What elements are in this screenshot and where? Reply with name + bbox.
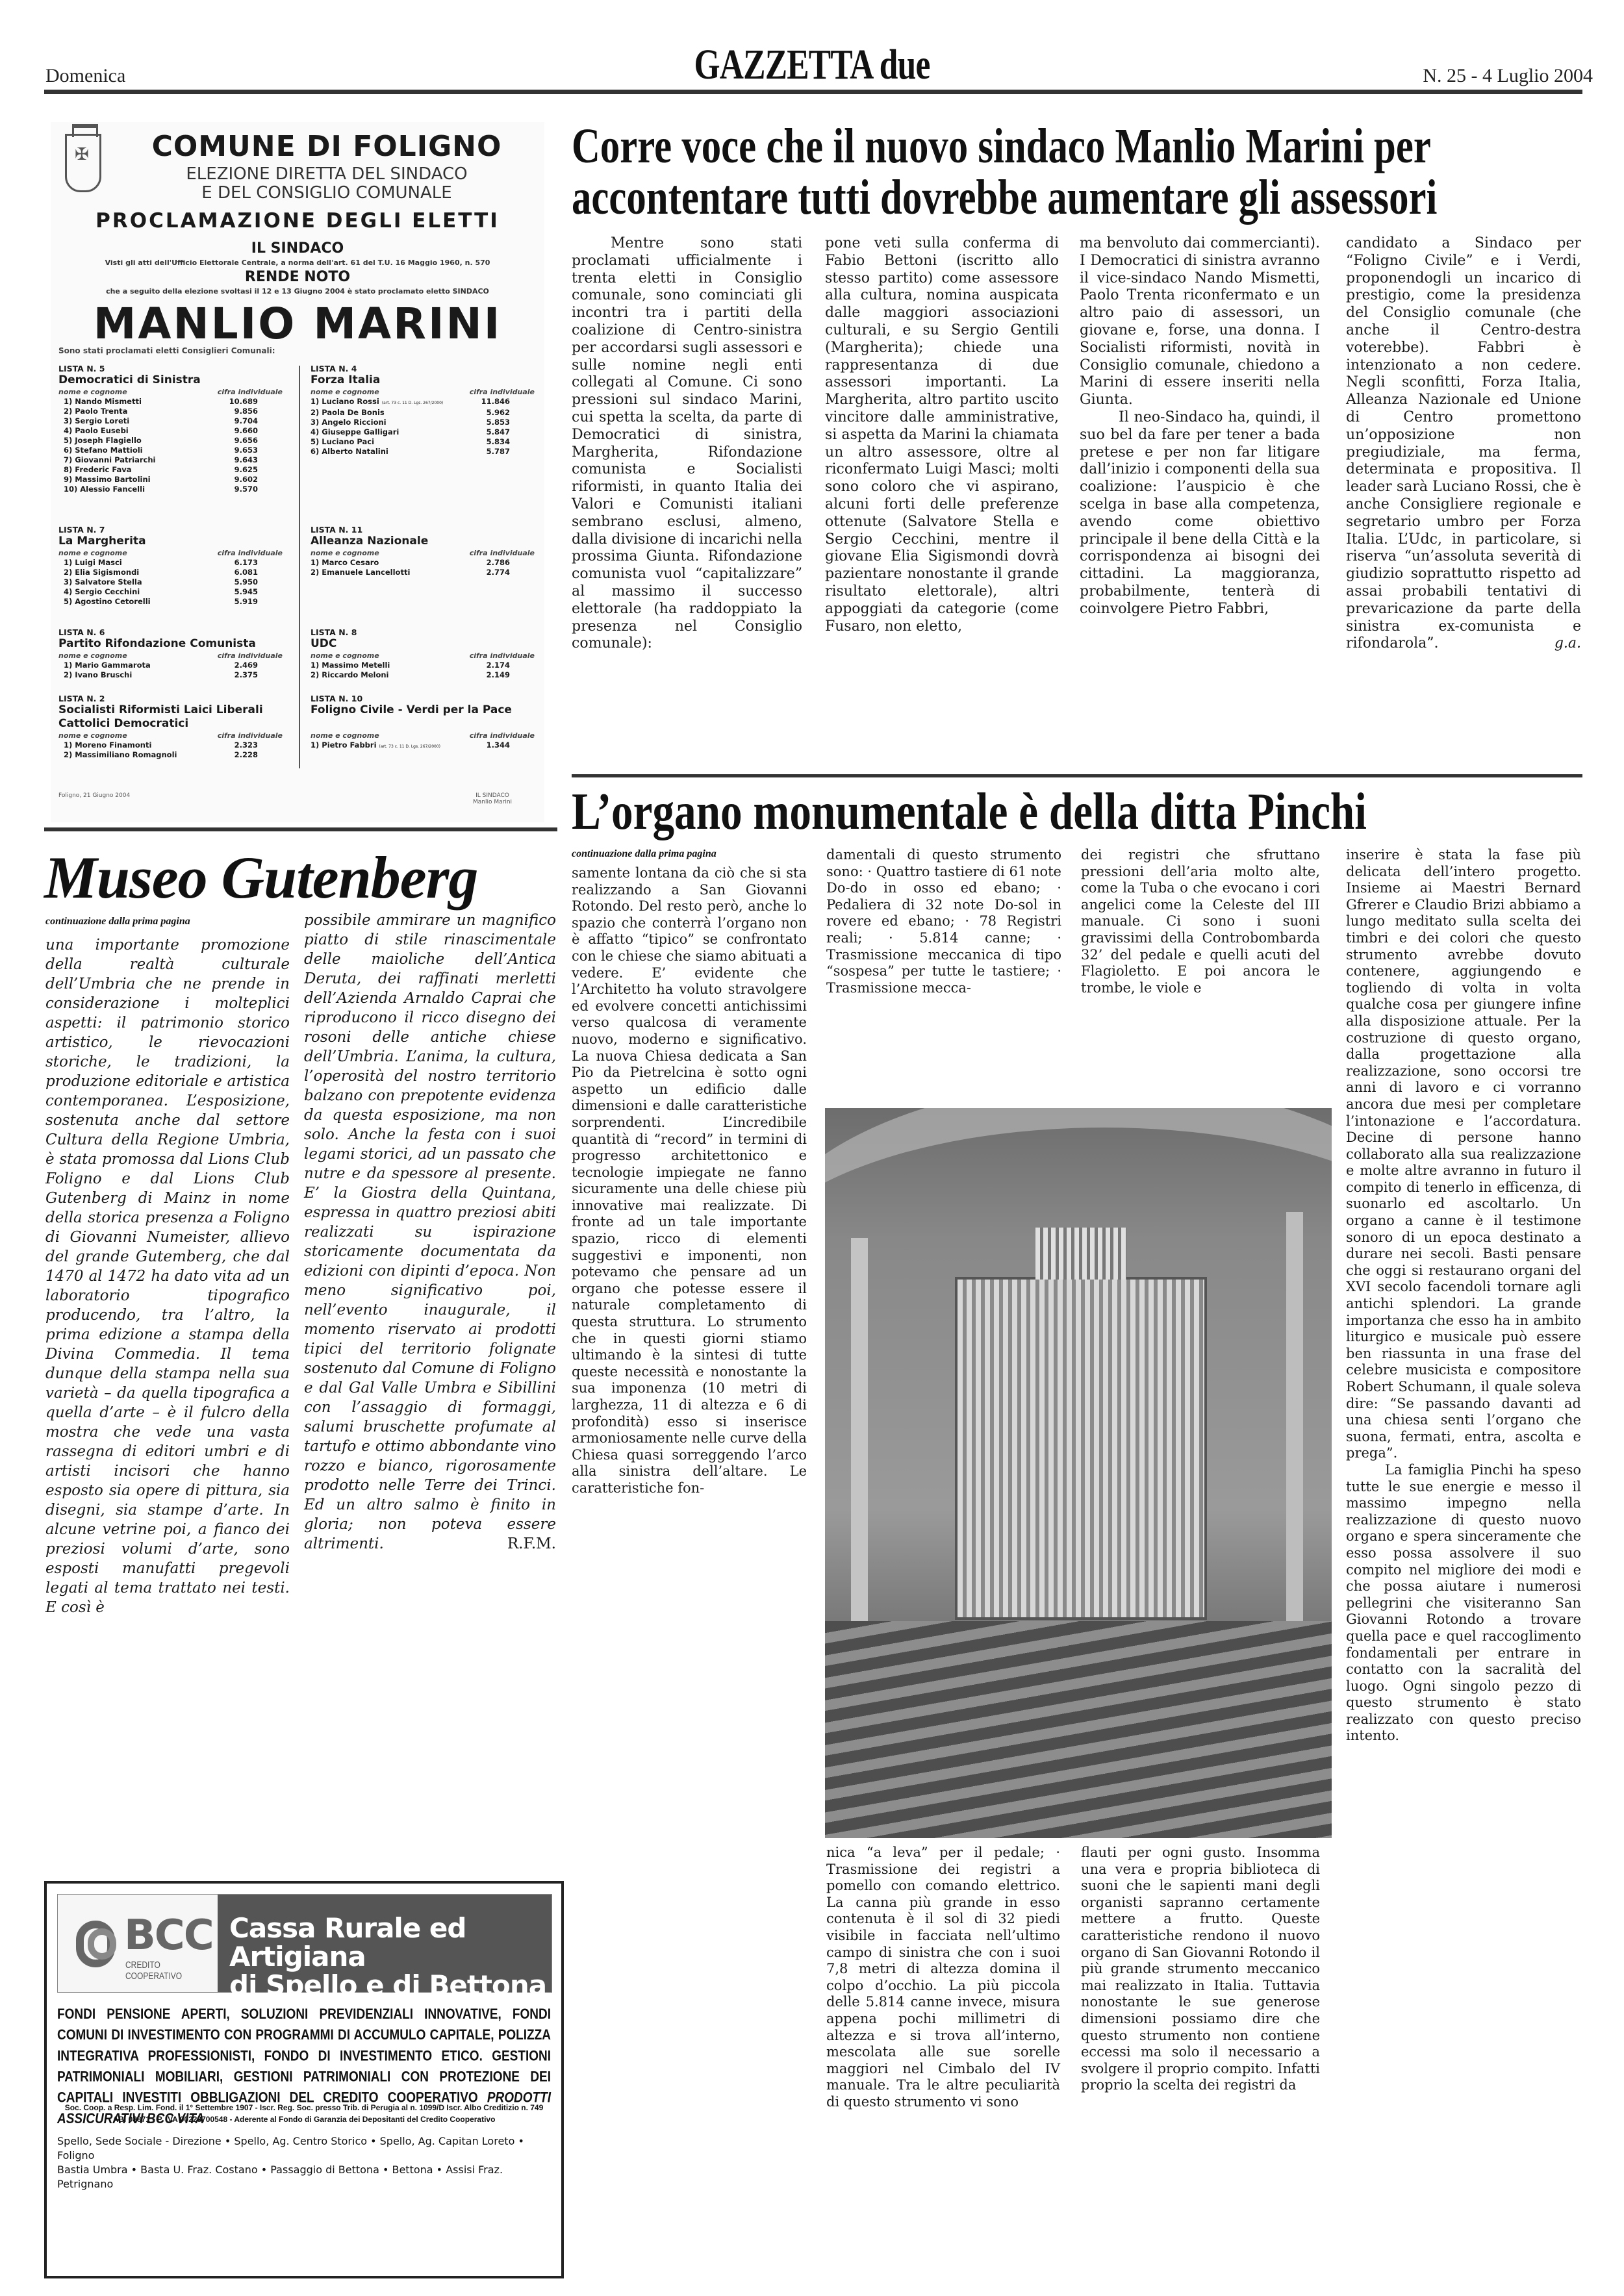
member-votes: 5.834: [487, 437, 510, 447]
organo-column-2-top: damentali di questo strumento sono: · Qu…: [826, 847, 1061, 996]
notice-subtitle-1: ELEZIONE DIRETTA DEL SINDACO: [116, 165, 538, 184]
museo-column-2: possibile ammirare un magnifico piatto d…: [304, 911, 556, 1554]
col-name: nome e cognome: [58, 651, 127, 661]
paragraph: flauti per ogni gusto. Insomma una vera …: [1081, 1845, 1320, 2094]
member-votes: 9.704: [235, 416, 258, 426]
member-votes: 9.602: [235, 475, 258, 485]
headline-museo-gutenberg: Museo Gutenberg: [44, 843, 477, 912]
member-votes: 5.853: [487, 418, 510, 427]
member-name: 1) Mario Gammarota: [64, 661, 151, 670]
branches-line-1: Spello, Sede Sociale - Direzione • Spell…: [57, 2134, 551, 2163]
issue-date: N. 25 - 4 Luglio 2004: [1423, 65, 1593, 87]
list-number: LISTA N. 2: [58, 694, 283, 703]
organ-photo: [825, 1108, 1332, 1838]
paragraph: ma benvoluto dai commercianti). I Democr…: [1080, 235, 1320, 409]
col-votes: cifra individuale: [218, 731, 283, 740]
member-votes: 9.856: [235, 407, 258, 416]
member-note: (art. 73 c. 11 D. Lgs. 267/2000): [382, 401, 443, 405]
notice-rende-noto: RENDE NOTO: [51, 269, 544, 285]
headline-assessori: Corre voce che il nuovo sindaco Manlio M…: [572, 121, 1403, 223]
member-votes: 5.962: [487, 408, 510, 418]
list-number: LISTA N. 6: [58, 627, 283, 637]
organo-column-3-top: dei registri che sfruttano pressioni del…: [1081, 847, 1320, 996]
member-name: 4) Sergio Cecchini: [64, 587, 140, 597]
notice-place-date: Foligno, 21 Giugno 2004: [58, 792, 130, 799]
signature-title: IL SINDACO: [473, 792, 512, 799]
member-note: (art. 73 c. 11 D. Lgs. 267/2000): [379, 744, 440, 749]
member-votes: 9.660: [235, 426, 258, 436]
list-header: nome e cognomecifra individuale: [311, 731, 535, 740]
member-row: 3) Salvatore Stella5.950: [58, 577, 283, 587]
member-row: 7) Giovanni Patriarchi9.643: [58, 455, 283, 465]
list-number: LISTA N. 4: [311, 364, 535, 373]
headline-line-2: accontentare tutti dovrebbe aumentare gl…: [572, 172, 1403, 223]
member-row: 2) Paola De Bonis5.962: [311, 408, 535, 418]
col-name: nome e cognome: [311, 387, 379, 397]
member-name: 3) Sergio Loreti: [64, 416, 129, 426]
party-name: Alleanza Nazionale: [311, 535, 535, 548]
paragraph: La famiglia Pinchi ha speso tutte le sue…: [1346, 1462, 1581, 1745]
member-votes: 5.919: [235, 597, 258, 607]
pillar: [1286, 1212, 1303, 1628]
member-name: 1) Pietro Fabbri: [311, 740, 377, 750]
list-8: LISTA N. 8 UDC nome e cognomecifra indiv…: [311, 627, 535, 680]
member-votes: 10.689: [229, 397, 258, 407]
col-name: nome e cognome: [58, 731, 127, 740]
member-votes: 1.344: [487, 740, 510, 751]
col-votes: cifra individuale: [470, 651, 535, 661]
member-votes: 2.149: [487, 670, 510, 680]
member-row: 5) Luciano Paci5.834: [311, 437, 535, 447]
member-votes: 5.847: [487, 427, 510, 437]
notice-visti: Visti gli atti dell'Ufficio Elettorale C…: [51, 259, 544, 267]
party-name: Democratici di Sinistra: [58, 373, 283, 387]
member-votes: 9.643: [235, 455, 258, 465]
col-name: nome e cognome: [311, 548, 379, 558]
member-name: 10) Alessio Fancelli: [64, 485, 145, 494]
list-2: LISTA N. 2 Socialisti Riformisti Laici L…: [58, 694, 283, 760]
notice-signature: IL SINDACO Manlio Marini: [473, 792, 512, 805]
member-row: 1) Nando Mismetti10.689: [58, 397, 283, 407]
notice-subtitle: ELEZIONE DIRETTA DEL SINDACO E DEL CONSI…: [116, 165, 538, 203]
continuation-label: continuazione dalla prima pagina: [45, 916, 190, 927]
list-number: LISTA N. 5: [58, 364, 283, 373]
member-name: 3) Angelo Riccioni: [311, 418, 387, 427]
notice-il-sindaco: IL SINDACO: [51, 240, 544, 257]
member-name: 2) Massimiliano Romagnoli: [64, 750, 177, 760]
services-text: FONDI PENSIONE APERTI, SOLUZIONI PREVIDE…: [57, 2006, 551, 2106]
member-row: 1) Marco Cesaro2.786: [311, 558, 535, 568]
member-name: 2) Riccardo Meloni: [311, 670, 388, 680]
party-name: Foligno Civile - Verdi per la Pace: [311, 703, 535, 717]
pipe-organ: [955, 1277, 1207, 1620]
paragraph: possibile ammirare un magnifico piatto d…: [304, 912, 556, 1552]
notice-seguito: che a seguito della elezione svoltasi il…: [51, 287, 544, 296]
paragraph: pone veti sulla conferma di Fabio Betton…: [825, 235, 1059, 635]
member-row: 3) Sergio Loreti9.704: [58, 416, 283, 426]
col-name: nome e cognome: [311, 731, 379, 740]
member-name: 4) Giuseppe Galligari: [311, 427, 399, 437]
member-row: 1) Luciano Rossi(art. 73 c. 11 D. Lgs. 2…: [311, 397, 535, 408]
bank-name-line-1: Cassa Rurale ed Artigiana: [229, 1914, 552, 1971]
party-name: Forza Italia: [311, 373, 535, 387]
member-row: 4) Giuseppe Galligari5.847: [311, 427, 535, 437]
member-votes: 2.774: [487, 568, 510, 577]
member-row: 10) Alessio Fancelli9.570: [58, 485, 283, 494]
member-name: 2) Elia Sigismondi: [64, 568, 139, 577]
member-votes: 11.846: [481, 397, 510, 408]
member-name: 6) Alberto Natalini: [311, 447, 388, 457]
ad-branches: Spello, Sede Sociale - Direzione • Spell…: [57, 2134, 551, 2191]
member-votes: 2.323: [235, 740, 258, 750]
list-number: LISTA N. 11: [311, 525, 535, 535]
member-row: 2) Elia Sigismondi6.081: [58, 568, 283, 577]
list-header: nome e cognomecifra individuale: [58, 548, 283, 558]
notice-mayor-name: MANLIO MARINI: [51, 299, 544, 349]
member-row: 4) Sergio Cecchini5.945: [58, 587, 283, 597]
bcc-logo: BCC CREDITO COOPERATIVO: [58, 1895, 218, 1992]
list-header: nome e cognomecifra individuale: [58, 387, 283, 397]
member-votes: 2.469: [235, 661, 258, 670]
list-10: LISTA N. 10 Foligno Civile - Verdi per l…: [311, 694, 535, 751]
assessori-column-3: ma benvoluto dai commercianti). I Democr…: [1080, 235, 1320, 618]
member-row: 3) Angelo Riccioni5.853: [311, 418, 535, 427]
bank-name: Cassa Rurale ed Artigiana di Spello e di…: [218, 1895, 552, 1992]
pillar: [851, 1238, 868, 1628]
member-row: 2) Massimiliano Romagnoli2.228: [58, 750, 283, 760]
paragraph: samente lontana da ciò che si sta realiz…: [572, 865, 807, 1497]
section-divider: [572, 774, 1582, 777]
signature-name: Manlio Marini: [473, 799, 512, 805]
newspaper-title: GAZZETTA due: [179, 40, 1445, 90]
member-row: 1) Massimo Metelli2.174: [311, 661, 535, 670]
member-votes: 9.656: [235, 436, 258, 446]
author-initials: g.a.: [1554, 635, 1581, 653]
member-votes: 6.081: [235, 568, 258, 577]
branches-line-2: Bastia Umbra • Basta U. Fraz. Costano • …: [57, 2163, 551, 2191]
member-row: 2) Riccardo Meloni2.149: [311, 670, 535, 680]
list-number: LISTA N. 10: [311, 694, 535, 703]
col-votes: cifra individuale: [470, 387, 535, 397]
list-header: nome e cognomecifra individuale: [311, 387, 535, 397]
member-name: 1) Massimo Metelli: [311, 661, 390, 670]
section-divider: [44, 827, 557, 831]
member-name: 2) Paola De Bonis: [311, 408, 385, 418]
ad-legal: Soc. Coop. a Resp. Lim. Fond. il 1° Sett…: [57, 2102, 551, 2125]
continuation-label: continuazione dalla prima pagina: [572, 848, 717, 860]
bcc-logo-icon-inner: [88, 1928, 116, 1960]
foligno-crest-icon: [65, 134, 101, 192]
notice-proclamation: PROCLAMAZIONE DEGLI ELETTI: [51, 209, 544, 233]
member-name: 2) Paolo Trenta: [64, 407, 127, 416]
masthead-rule: [44, 90, 1582, 94]
party-name: La Margherita: [58, 535, 283, 548]
church-pews: [825, 1621, 1332, 1838]
col-name: nome e cognome: [58, 387, 127, 397]
list-header: nome e cognomecifra individuale: [311, 548, 535, 558]
member-name: 1) Moreno Finamonti: [64, 740, 151, 750]
member-votes: 2.786: [487, 558, 510, 568]
list-header: nome e cognomecifra individuale: [58, 731, 283, 740]
list-number: LISTA N. 8: [311, 627, 535, 637]
masthead-day: Domenica: [45, 65, 125, 87]
member-name: 2) Ivano Bruschi: [64, 670, 132, 680]
member-row: 2) Paolo Trenta9.856: [58, 407, 283, 416]
member-row: 9) Massimo Bartolini9.602: [58, 475, 283, 485]
member-row: 1) Pietro Fabbri(art. 73 c. 11 D. Lgs. 2…: [311, 740, 535, 751]
member-name: 1) Luigi Masci: [64, 558, 122, 568]
member-votes: 5.945: [235, 587, 258, 597]
col-votes: cifra individuale: [470, 731, 535, 740]
paragraph: Il neo-Sindaco ha, quindi, il suo bel da…: [1080, 409, 1320, 618]
bcc-subtitle: CREDITO COOPERATIVO: [125, 1960, 199, 1982]
party-name: Socialisti Riformisti Laici Liberali Cat…: [58, 703, 283, 731]
ad-banner: BCC CREDITO COOPERATIVO Cassa Rurale ed …: [57, 1894, 552, 1993]
notice-divider: [299, 366, 300, 768]
member-votes: 9.570: [235, 485, 258, 494]
member-name: 7) Giovanni Patriarchi: [64, 455, 156, 465]
member-votes: 9.653: [235, 446, 258, 455]
member-row: 1) Mario Gammarota2.469: [58, 661, 283, 670]
list-6: LISTA N. 6 Partito Rifondazione Comunist…: [58, 627, 283, 680]
member-row: 5) Joseph Flagiello9.656: [58, 436, 283, 446]
list-4: LISTA N. 4 Forza Italia nome e cognomeci…: [311, 364, 535, 457]
headline-organo: L’organo monumentale è della ditta Pinch…: [572, 786, 1499, 838]
member-name: 3) Salvatore Stella: [64, 577, 142, 587]
member-row: 1) Luigi Masci6.173: [58, 558, 283, 568]
member-row: 8) Frederic Fava9.625: [58, 465, 283, 475]
party-name: UDC: [311, 637, 535, 651]
list-number: LISTA N. 7: [58, 525, 283, 535]
organo-column-3-bottom: flauti per ogni gusto. Insomma una vera …: [1081, 1845, 1320, 2094]
col-name: nome e cognome: [311, 651, 379, 661]
member-name: 2) Emanuele Lancellotti: [311, 568, 410, 577]
paragraph: nica “a leva” per il pedale; · Trasmissi…: [826, 1845, 1060, 2111]
member-name: 5) Agostino Cetorelli: [64, 597, 151, 607]
legal-line-2: ABI 08871 - P. IVA 00228700548 - Aderent…: [57, 2113, 551, 2125]
notice-comune: COMUNE DI FOLIGNO: [116, 130, 538, 163]
member-name: 6) Stefano Mattioli: [64, 446, 143, 455]
member-row: 5) Agostino Cetorelli5.919: [58, 597, 283, 607]
paragraph: inserire è stata la fase più delicata de…: [1346, 847, 1581, 1462]
notice-subtitle-2: E DEL CONSIGLIO COMUNALE: [116, 184, 538, 203]
member-votes: 5.950: [235, 577, 258, 587]
member-votes: 5.787: [487, 447, 510, 457]
member-name: 1) Luciano Rossi: [311, 397, 379, 406]
list-7: LISTA N. 7 La Margherita nome e cognomec…: [58, 525, 283, 607]
member-row: 4) Paolo Eusebi9.660: [58, 426, 283, 436]
member-row: 6) Stefano Mattioli9.653: [58, 446, 283, 455]
notice-intro: Sono stati proclamati eletti Consiglieri…: [58, 346, 275, 355]
list-5: LISTA N. 5 Democratici di Sinistra nome …: [58, 364, 283, 494]
col-votes: cifra individuale: [218, 651, 283, 661]
member-row: 1) Moreno Finamonti2.323: [58, 740, 283, 750]
paragraph: una importante promozione della realtà c…: [45, 935, 290, 1617]
legal-line-1: Soc. Coop. a Resp. Lim. Fond. il 1° Sett…: [57, 2102, 551, 2113]
col-name: nome e cognome: [58, 548, 127, 558]
author-initials: R.F.M.: [507, 1534, 556, 1554]
paragraph: Mentre sono stati proclamati ufficialmen…: [572, 235, 802, 653]
organo-column-4: inserire è stata la fase più delicata de…: [1346, 847, 1581, 1745]
list-header: nome e cognomecifra individuale: [58, 651, 283, 661]
paragraph: damentali di questo strumento sono: · Qu…: [826, 847, 1061, 996]
col-votes: cifra individuale: [218, 548, 283, 558]
member-row: 2) Emanuele Lancellotti2.774: [311, 568, 535, 577]
assessori-column-1: Mentre sono stati proclamati ufficialmen…: [572, 235, 802, 653]
member-row: 2) Ivano Bruschi2.375: [58, 670, 283, 680]
member-votes: 2.375: [235, 670, 258, 680]
member-name: 5) Luciano Paci: [311, 437, 374, 447]
member-votes: 6.173: [235, 558, 258, 568]
member-votes: 2.174: [487, 661, 510, 670]
party-name: Partito Rifondazione Comunista: [58, 637, 283, 651]
organo-column-1: samente lontana da ciò che si sta realiz…: [572, 865, 807, 1497]
paragraph: dei registri che sfruttano pressioni del…: [1081, 847, 1320, 996]
headline-line-1: Corre voce che il nuovo sindaco Manlio M…: [572, 121, 1403, 172]
col-votes: cifra individuale: [218, 387, 283, 397]
election-notice: COMUNE DI FOLIGNO ELEZIONE DIRETTA DEL S…: [51, 122, 544, 822]
member-name: 9) Massimo Bartolini: [64, 475, 151, 485]
paragraph: candidato a Sindaco per “Foligno Civile”…: [1346, 235, 1581, 651]
member-votes: 2.228: [235, 750, 258, 760]
member-row: 6) Alberto Natalini5.787: [311, 447, 535, 457]
assessori-column-2: pone veti sulla conferma di Fabio Betton…: [825, 235, 1059, 635]
organo-column-2-bottom: nica “a leva” per il pedale; · Trasmissi…: [826, 1845, 1060, 2111]
assessori-column-4: candidato a Sindaco per “Foligno Civile”…: [1346, 235, 1581, 653]
list-header: nome e cognomecifra individuale: [311, 651, 535, 661]
member-name: 8) Frederic Fava: [64, 465, 132, 475]
member-votes: 9.625: [235, 465, 258, 475]
member-name: 4) Paolo Eusebi: [64, 426, 129, 436]
member-name: 5) Joseph Flagiello: [64, 436, 142, 446]
list-11: LISTA N. 11 Alleanza Nazionale nome e co…: [311, 525, 535, 577]
col-votes: cifra individuale: [470, 548, 535, 558]
bank-name-line-2: di Spello e di Bettona: [229, 1971, 552, 2000]
member-name: 1) Nando Mismetti: [64, 397, 142, 407]
member-name: 1) Marco Cesaro: [311, 558, 379, 568]
bcc-wordmark: BCC: [124, 1911, 213, 1960]
museo-column-1: una importante promozione della realtà c…: [45, 935, 290, 1617]
bcc-advertisement: BCC CREDITO COOPERATIVO Cassa Rurale ed …: [44, 1881, 564, 2278]
